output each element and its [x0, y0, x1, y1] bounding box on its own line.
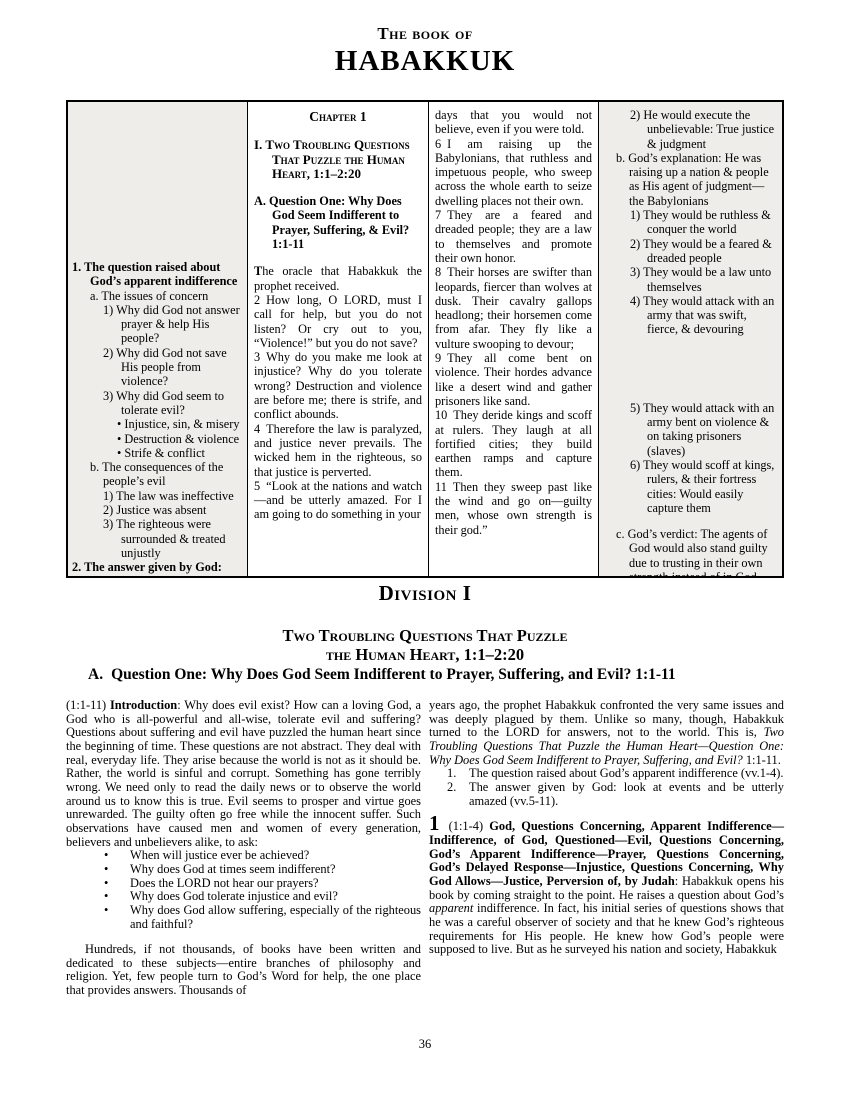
scripture-column-1: Chapter 1 I. Two Troubling Questions Tha… — [248, 102, 429, 576]
verse-text: Why do you make me look at injustice? Wh… — [254, 350, 422, 421]
section-title: Question One: Why Does God Seem Indiffer… — [111, 666, 676, 683]
bullet-text: Why does God tolerate injustice and evil… — [130, 889, 338, 903]
verse-text: Their horses are swifter than leopards, … — [435, 265, 592, 350]
outline-item: 6) They would scoff at kings, rulers, & … — [603, 458, 777, 515]
outline-left-column: 1. The question raised about God’s appar… — [68, 102, 248, 576]
introduction-paragraph: (1:1-11) Introduction: Why does evil exi… — [66, 699, 421, 849]
bullet-text: When will justice ever be achieved? — [130, 848, 309, 862]
book-title: HABAKKUK — [0, 45, 850, 78]
outline-item: 1. The question raised about God’s appar… — [72, 260, 242, 289]
division-subtitle-line2: the Human Heart, 1:1–2:20 — [326, 645, 524, 664]
numbered-point: 2.The answer given by God: look at event… — [429, 781, 784, 808]
series-title: The book of — [0, 24, 850, 44]
verse-text: Therefore the law is paralyzed, and just… — [254, 422, 422, 479]
bullet-glyph: • — [104, 904, 130, 918]
outline-item: 2) Why did God not save His people from … — [72, 346, 242, 389]
numbered-point: 1.The question raised about God’s appare… — [429, 767, 784, 781]
verse-number: 9 — [435, 351, 441, 365]
scripture-outline-section: A. Question One: Why Does God Seem Indif… — [254, 194, 422, 251]
outline-item: 4) They would attack with an army that w… — [603, 294, 777, 337]
outline-item: 1) The law was ineffective — [72, 489, 242, 503]
bullet-glyph: • — [104, 863, 130, 877]
bullet-glyph: • — [104, 849, 130, 863]
outline-bullet-item: • Destruction & violence — [72, 432, 242, 446]
verse-number: 10 — [435, 408, 447, 422]
verse: 4Therefore the law is paralyzed, and jus… — [254, 422, 422, 479]
verse-text: I am raising up the Babylonians, that ru… — [435, 137, 592, 208]
outline-item: 2) He would execute the unbelievable: Tr… — [603, 108, 777, 151]
verse-continuation: days that you would not believe, even if… — [435, 108, 592, 137]
outline-item: 2) They would be a feared & dreaded peop… — [603, 237, 777, 266]
outline-item: 3) Why did God seem to tolerate evil? — [72, 389, 242, 418]
question-bullet: •Why does God allow suffering, especiall… — [66, 904, 421, 931]
division-subtitle-line1: Two Troubling Questions That Puzzle — [283, 626, 568, 645]
verse: 6I am raising up the Babylonians, that r… — [435, 137, 592, 208]
commentary-left-column: (1:1-11) Introduction: Why does evil exi… — [66, 699, 421, 998]
body-paragraph: Hundreds, if not thousands, of books hav… — [66, 943, 421, 998]
division-subtitle: Two Troubling Questions That Puzzle the … — [0, 626, 850, 664]
outline-item: 2) Justice was absent — [72, 503, 242, 517]
verse-text: They are a feared and dreaded people; th… — [435, 208, 592, 265]
question-bullet: •Does the LORD not hear our prayers? — [66, 877, 421, 891]
paragraph-lead-word: Introduction — [110, 698, 177, 712]
bullet-text: Why does God allow suffering, especially… — [130, 903, 421, 931]
paragraph-text: 1:1-11. — [743, 753, 781, 767]
verse: 5“Look at the nations and watch—and be u… — [254, 479, 422, 522]
outline-bullet-item: • Injustice, sin, & misery — [72, 417, 242, 431]
verse-number: 6 — [435, 137, 441, 151]
list-number: 2. — [447, 781, 469, 795]
division-title: Division I — [0, 581, 850, 606]
verse-text: he oracle that Habakkuk the prophet rece… — [254, 264, 422, 292]
verse: The oracle that Habakkuk the prophet rec… — [254, 264, 422, 293]
commentary-point-paragraph: 1 (1:1-4) God, Questions Concerning, App… — [429, 817, 784, 957]
scripture-reference: (1:1-11) — [66, 698, 110, 712]
outline-item: 1) They would be ruthless & conquer the … — [603, 208, 777, 237]
bullet-text: Why does God at times seem indifferent? — [130, 862, 336, 876]
paragraph-text: : Why does evil exist? How can a loving … — [66, 698, 421, 849]
point-number: 1 — [429, 811, 440, 835]
outline-item: 5) They would attack with an army bent o… — [603, 401, 777, 458]
division-heading-block: Division I Two Troubling Questions That … — [0, 581, 850, 664]
scripture-outline-division: I. Two Troubling Questions That Puzzle t… — [254, 138, 422, 181]
verse: 8Their horses are swifter than leopards,… — [435, 265, 592, 351]
commentary-right-column: years ago, the prophet Habakkuk confront… — [429, 699, 784, 957]
verse: 7They are a feared and dreaded people; t… — [435, 208, 592, 265]
paragraph-text: years ago, the prophet Habakkuk confront… — [429, 698, 784, 739]
scripture-column-2: days that you would not believe, even if… — [429, 102, 599, 576]
outline-item: b. God’s explanation: He was raising up … — [603, 151, 777, 208]
paragraph-italic: apparent — [429, 901, 473, 915]
verse: 10They deride kings and scoff at rulers.… — [435, 408, 592, 479]
verse-number: 5 — [254, 479, 260, 493]
verse-text: Then they sweep past like the wind and g… — [435, 480, 592, 537]
verse: 9They all come bent on violence. Their h… — [435, 351, 592, 408]
list-text: The question raised about God’s apparent… — [469, 766, 783, 780]
page-header: The book of HABAKKUK — [0, 24, 850, 78]
list-number: 1. — [447, 767, 469, 781]
outline-item: b. The consequences of the people’s evil — [72, 460, 242, 489]
verse-number: 8 — [435, 265, 441, 279]
question-bullet: •Why does God tolerate injustice and evi… — [66, 890, 421, 904]
outline-right-column: 2) He would execute the unbelievable: Tr… — [599, 102, 782, 576]
verse-text: They deride kings and scoff at rulers. T… — [435, 408, 592, 479]
outline-scripture-table: 1. The question raised about God’s appar… — [66, 100, 784, 578]
scripture-reference: (1:1-4) — [443, 819, 490, 833]
bullet-glyph: • — [104, 890, 130, 904]
outline-item: a. The issues of concern — [72, 289, 242, 303]
commentary-book-page: The book of HABAKKUK 1. The question rai… — [0, 0, 850, 1100]
body-paragraph: years ago, the prophet Habakkuk confront… — [429, 699, 784, 767]
verse: 2How long, O LORD, must I call for help,… — [254, 293, 422, 350]
section-label: A. — [88, 666, 103, 683]
section-heading: A.Question One: Why Does God Seem Indiff… — [88, 666, 788, 684]
verse-number: 4 — [254, 422, 260, 436]
outline-left-spacer — [72, 108, 242, 260]
paragraph-text: indifference. In fact, his initial serie… — [429, 901, 784, 956]
question-bullet: •Why does God at times seem indifferent? — [66, 863, 421, 877]
verse: 11Then they sweep past like the wind and… — [435, 480, 592, 537]
verse-number: 7 — [435, 208, 441, 222]
bullet-text: Does the LORD not hear our prayers? — [130, 876, 319, 890]
verse-text: “Look at the nations and watch—and be ut… — [254, 479, 422, 522]
verse-initial: T — [254, 264, 262, 278]
verse-number: 11 — [435, 480, 447, 494]
verse: 3Why do you make me look at injustice? W… — [254, 350, 422, 421]
page-number: 36 — [0, 1037, 850, 1052]
outline-item: c. God’s verdict: The agents of God woul… — [603, 527, 777, 576]
list-text: The answer given by God: look at events … — [469, 780, 784, 808]
chapter-heading: Chapter 1 — [254, 110, 422, 124]
outline-bullet-item: • Strife & conflict — [72, 446, 242, 460]
outline-item: 1) Why did God not answer prayer & help … — [72, 303, 242, 346]
verse-number: 2 — [254, 293, 260, 307]
bullet-glyph: • — [104, 877, 130, 891]
verse-number: 3 — [254, 350, 260, 364]
verse-text: How long, O LORD, must I call for help, … — [254, 293, 422, 350]
outline-item: 3) The righteous were surrounded & treat… — [72, 517, 242, 560]
verse-text: They all come bent on violence. Their ho… — [435, 351, 592, 408]
outline-item: 2. The answer given by God: Look at even… — [72, 560, 242, 576]
question-bullet: •When will justice ever be achieved? — [66, 849, 421, 863]
outline-item: 3) They would be a law unto themselves — [603, 265, 777, 294]
